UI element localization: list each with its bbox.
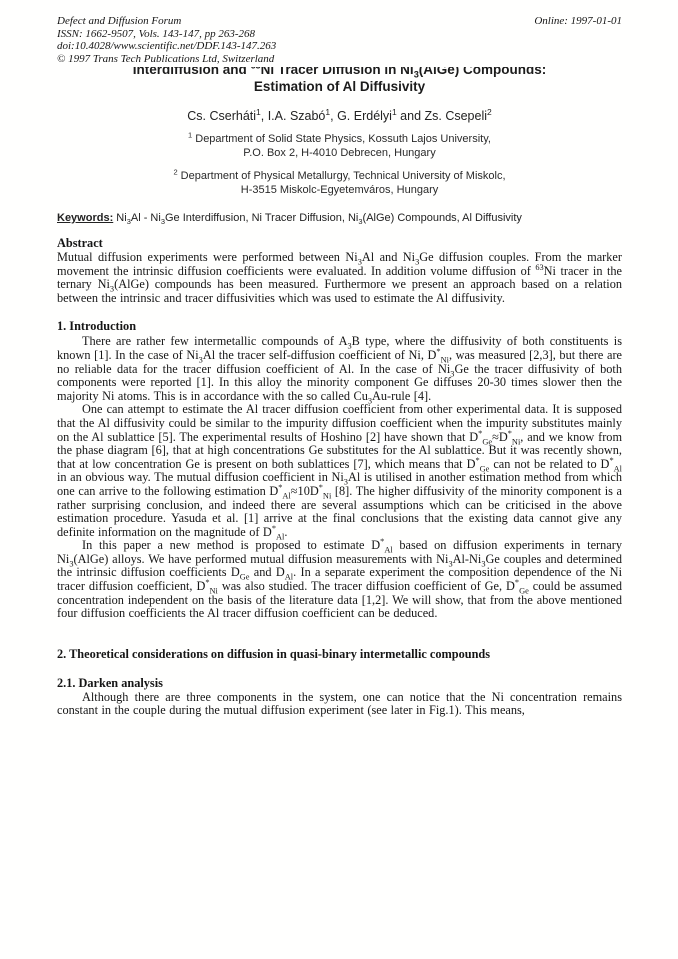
affiliation-2-line-2: H-3515 Miskolc-Egyetemváros, Hungary [57, 184, 622, 198]
affiliation-2: 2 Department of Physical Metallurgy, Tec… [57, 170, 622, 197]
affiliation-1-line-1: 1 Department of Solid State Physics, Kos… [57, 133, 622, 147]
darken-paragraph-1: Although there are three components in t… [57, 691, 622, 718]
abstract-heading: Abstract [57, 236, 622, 251]
paper-title: Interdiffusion and 63Ni Tracer Diffusion… [57, 67, 622, 95]
issn-line: ISSN: 1662-9507, Vols. 143-147, pp 263-2… [57, 28, 276, 41]
affiliation-1-line-2: P.O. Box 2, H-4010 Debrecen, Hungary [57, 147, 622, 161]
intro-paragraph-3: In this paper a new method is proposed t… [57, 539, 622, 621]
doi-line: doi:10.4028/www.scientific.net/DDF.143-1… [57, 40, 276, 53]
intro-paragraph-1: There are rather few intermetallic compo… [57, 335, 622, 403]
journal-header: Defect and Diffusion Forum ISSN: 1662-95… [57, 15, 622, 65]
subsection-2-1-heading: 2.1. Darken analysis [57, 676, 622, 691]
title-line-2: Estimation of Al Diffusivity [57, 78, 622, 95]
paper-body: Abstract Mutual diffusion experiments we… [57, 236, 622, 718]
affiliation-2-line-1: 2 Department of Physical Metallurgy, Tec… [57, 170, 622, 184]
title-line-1-clip: Interdiffusion and 63Ni Tracer Diffusion… [57, 67, 622, 78]
online-date: Online: 1997-01-01 [534, 15, 622, 28]
journal-title: Defect and Diffusion Forum [57, 15, 276, 28]
keywords-line: Keywords: Ni3Al - Ni3Ge Interdiffusion, … [57, 212, 622, 224]
section-2-heading: 2. Theoretical considerations on diffusi… [57, 647, 622, 662]
intro-paragraph-2: One can attempt to estimate the Al trace… [57, 403, 622, 539]
copyright-line: © 1997 Trans Tech Publications Ltd, Swit… [57, 53, 276, 66]
section-1-heading: 1. Introduction [57, 319, 622, 334]
abstract-text: Mutual diffusion experiments were perfor… [57, 251, 622, 305]
journal-meta: Defect and Diffusion Forum ISSN: 1662-95… [57, 15, 276, 65]
paper-page: Defect and Diffusion Forum ISSN: 1662-95… [0, 0, 678, 959]
authors-line: Cs. Cserháti1, I.A. Szabó1, G. Erdélyi1 … [57, 109, 622, 123]
keywords-text: Ni3Al - Ni3Ge Interdiffusion, Ni Tracer … [113, 212, 522, 224]
title-line-1: Interdiffusion and 63Ni Tracer Diffusion… [57, 67, 622, 78]
affiliation-1: 1 Department of Solid State Physics, Kos… [57, 133, 622, 160]
keywords-label: Keywords: [57, 212, 113, 224]
